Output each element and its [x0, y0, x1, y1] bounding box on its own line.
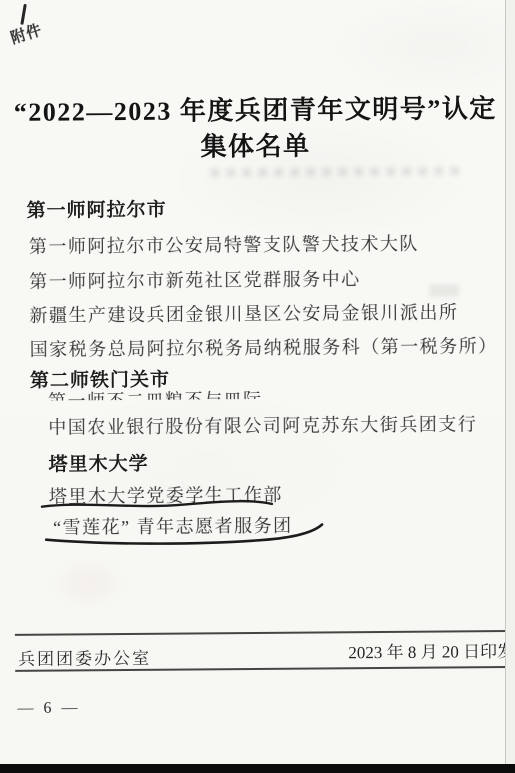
page-number: — 6 —: [17, 699, 80, 717]
footer-rule-top: [15, 630, 514, 636]
clipped-line-text: 第一师不二皿粮不与皿际: [48, 390, 263, 401]
bleed-through-mark: [53, 559, 123, 608]
list-item: 国家税务总局阿拉尔税务局纳税服务科（第一税务所）: [30, 332, 498, 362]
document-title-line2: 集体名单: [0, 124, 513, 165]
list-item: 第一师阿拉尔市公安局特警支队警犬技术大队: [29, 230, 419, 259]
bleed-through-mark: [210, 166, 465, 177]
scan-page: 附件 “2022—2023 年度兵团青年文明号”认定 集体名单 第一师阿拉尔市 …: [0, 0, 515, 773]
list-item: 新疆生产建设兵团金银川垦区公安局金银川派出所: [29, 298, 458, 327]
subsection-header-university: 塔里木大学: [48, 449, 148, 477]
issuer-label: 兵团团委办公室: [18, 644, 151, 670]
list-item: 第一师阿拉尔市新苑社区党群服务中心: [29, 265, 361, 294]
list-item: 中国农业银行股份有限公司阿克苏东大街兵团支行: [48, 410, 477, 439]
clipped-scan-line: 第一师不二皿粮不与皿际: [48, 386, 278, 401]
scan-bottom-bar: [0, 764, 515, 773]
bleed-through-mark: [429, 284, 459, 296]
document-body: 附件 “2022—2023 年度兵团青年文明号”认定 集体名单 第一师阿拉尔市 …: [0, 0, 515, 773]
scan-right-edge: [505, 0, 506, 764]
hand-underline-1: [39, 496, 277, 514]
section-header-division1: 第一师阿拉尔市: [26, 195, 166, 223]
document-title-line1: “2022—2023 年度兵团青年文明号”认定: [0, 88, 513, 129]
scan-right-margin: [506, 0, 515, 764]
handwritten-annotation: 附件: [8, 18, 45, 48]
print-date: 2023 年 8 月 20 日印发: [332, 637, 514, 663]
hand-underline-2: [41, 521, 331, 549]
